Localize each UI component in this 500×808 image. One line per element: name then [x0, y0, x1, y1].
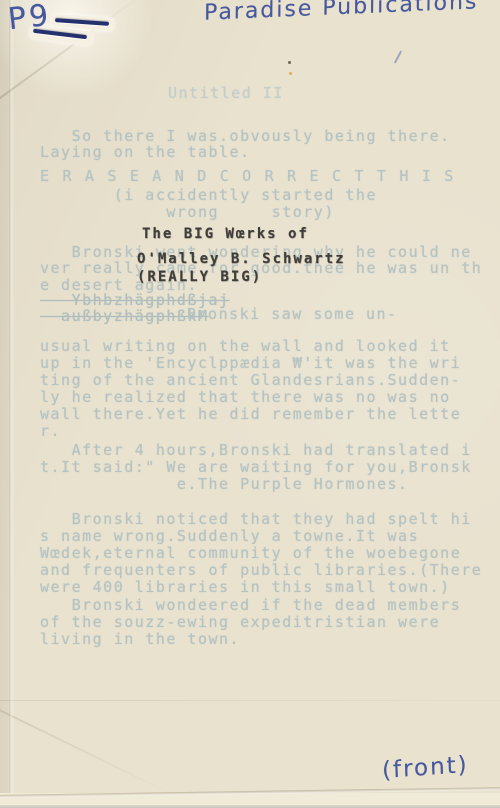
paper-speck: [289, 72, 292, 75]
paper-crease: [0, 700, 500, 701]
typescript-line: (i accidently started the: [40, 186, 377, 204]
stamped-title-line1: The BIG Wœrks of: [142, 226, 309, 242]
typescript-line: r.: [40, 422, 61, 440]
typescript-struck-line: außbyzhägphßkM: [40, 307, 209, 325]
paper-left-edge: [9, 0, 12, 796]
typescript-line: ly he realized that there was no was no: [40, 388, 451, 406]
typescript-line: ting of the ancient Glandesrians.Sudden-: [40, 371, 461, 389]
typescript-line: Bronski saw some un-: [187, 305, 398, 323]
typescript-line: E R A S E A N D C O R R E C T T H I S: [40, 167, 456, 185]
typescript-line: usual writing on the wall and looked it: [40, 337, 451, 355]
typescript-line: up in the 'Encyclppædia ₩'it was the wri: [40, 354, 461, 372]
typescript-line: t.It said:" We are waiting for you,Brons…: [40, 458, 472, 476]
typescript-line: were 400 libraries in this small town.): [40, 578, 451, 596]
typescript-line: wrong story): [40, 203, 335, 221]
typescript-line: Wœdek,eternal community of the woebegone: [40, 544, 461, 562]
typescript-line: living in the town.: [40, 630, 240, 648]
typescript-line: wall there.Yet he did remember the lette: [40, 405, 461, 423]
stamped-title-line2: O'Malley B. Schwartz: [137, 251, 346, 267]
scanned-page: P9 Paradise Publications (front) Untitle…: [0, 0, 500, 808]
typescript-heading: Untitled II: [168, 84, 284, 102]
ink-speck: [288, 61, 291, 64]
typescript-line: Bronski noticed that they had spelt hi: [40, 510, 472, 528]
typescript-line: Laying on the table.: [40, 143, 251, 161]
typescript-line: of the souzz-ewing expeditristian were: [40, 613, 440, 631]
typescript-line: s name wrong.Suddenly a towne.It was: [40, 527, 419, 545]
stamped-title-line3: (REALLY BIG): [137, 269, 262, 285]
typescript-line: e.The Purple Hormones.: [40, 475, 409, 493]
typescript-line: Bronski wondeered if the dead members: [40, 596, 461, 614]
typescript-line: After 4 hours,Bronski had translated i: [40, 441, 472, 459]
typescript-line: and frequenters of public libraries.(The…: [40, 561, 482, 579]
handwritten-page-number: P9: [6, 0, 53, 37]
